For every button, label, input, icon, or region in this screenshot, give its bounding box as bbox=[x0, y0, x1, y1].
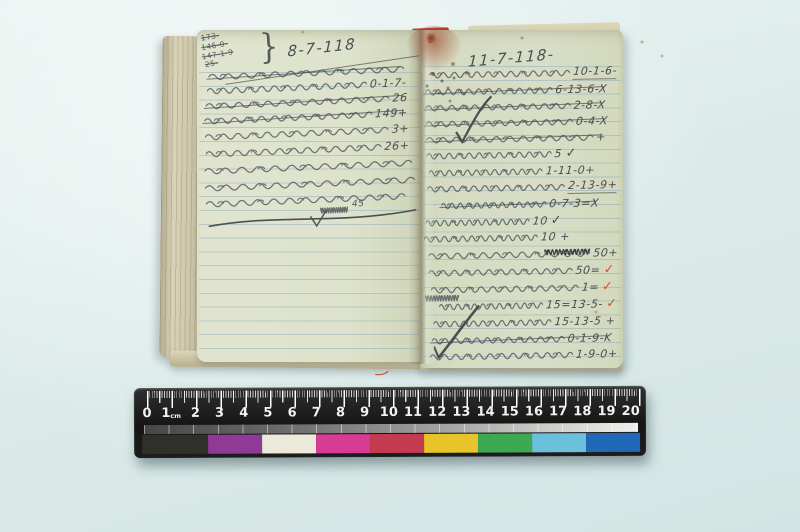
amount-figure: 50+ bbox=[593, 246, 619, 259]
ruler-number: 10 bbox=[379, 406, 399, 422]
amount-figure: 10-1-6- bbox=[572, 64, 617, 80]
handwriting-line: 0-7-3=X bbox=[441, 196, 599, 212]
ruler-number: 3 bbox=[209, 407, 229, 423]
amount-figure: 0-1-9-K bbox=[567, 331, 612, 345]
amount-figure: 15-13-5 + bbox=[554, 314, 616, 328]
scribble-overwrite bbox=[544, 246, 590, 259]
ruler-number: 13 bbox=[451, 406, 471, 422]
calibration-patch bbox=[316, 434, 370, 453]
amount-figure: 1= bbox=[581, 280, 600, 293]
handwriting-line: 2-13-9+ bbox=[427, 179, 617, 195]
red-checkmark: ✓ bbox=[603, 262, 614, 277]
ruler-number: 9 bbox=[355, 406, 375, 422]
amount-figure: 2-8-X bbox=[573, 98, 606, 112]
amount-figure: 50= bbox=[575, 263, 601, 276]
amount-figure: 3+ bbox=[391, 122, 409, 136]
handwriting-line: 10 ✓ bbox=[426, 214, 562, 229]
ruler-number: 6 bbox=[282, 406, 302, 422]
calibration-patch bbox=[478, 433, 532, 452]
handwriting-line: 50= ✓ bbox=[428, 263, 614, 279]
amount-figure: 0-1-7- bbox=[370, 76, 407, 91]
ruler-number-row: 0 1cm 2 3 4 5 6 7 8 9 10 11 12 13 14 15 … bbox=[137, 405, 641, 423]
calibration-patch bbox=[208, 435, 262, 454]
handwriting-line: 5 ✓ bbox=[426, 147, 576, 163]
ruler-number: 18 bbox=[572, 405, 592, 421]
ruler-number: 2 bbox=[185, 407, 205, 423]
left-page-handwriting: 173- 146-0- 147-1-9 25- } 8-7-118 0-1-7-… bbox=[195, 22, 433, 363]
calibration-patch bbox=[424, 434, 478, 453]
amount-figure: 0-4-X bbox=[575, 114, 608, 128]
handwriting-line: 10-1-6- bbox=[429, 65, 617, 81]
ruler-number: 11 bbox=[403, 406, 423, 422]
notebook-right-page: 11-7-118- 10-1-6- 6-13-6-X 2-8-X 0-4-X + bbox=[421, 30, 623, 368]
ruler-number: 4 bbox=[234, 407, 254, 423]
color-calibration-bar bbox=[142, 433, 640, 454]
red-checkmark: ✓ bbox=[602, 279, 613, 294]
amount-figure: 1-9-0+ bbox=[576, 347, 619, 361]
ruler: 0 1cm 2 3 4 5 6 7 8 9 10 11 12 13 14 15 … bbox=[134, 386, 646, 458]
calibration-patch bbox=[532, 433, 586, 452]
handwriting-line: 1-11-0+ bbox=[429, 164, 595, 180]
amount-figure: 10 bbox=[532, 214, 548, 227]
amount-figure: 26 bbox=[392, 91, 408, 105]
handwritten-brace: } bbox=[258, 27, 279, 68]
amount-figure: + bbox=[596, 130, 607, 143]
ruler-number: 14 bbox=[476, 406, 496, 422]
ruler-number: 15 bbox=[500, 405, 520, 421]
right-page-handwriting: 11-7-118- 10-1-6- 6-13-6-X 2-8-X 0-4-X + bbox=[420, 27, 628, 368]
amount-figure: 1-11-0+ bbox=[545, 163, 595, 177]
ruler-number: 8 bbox=[330, 406, 350, 422]
amount-figure: 6-13-6-X bbox=[555, 82, 608, 96]
calibration-patch bbox=[262, 434, 316, 453]
underline-flourish bbox=[206, 206, 421, 235]
calibration-patch bbox=[586, 433, 640, 452]
calibration-patch bbox=[142, 435, 208, 454]
amount-figure: 149+ bbox=[375, 106, 408, 120]
notebook-left-page: 173- 146-0- 147-1-9 25- } 8-7-118 0-1-7-… bbox=[197, 30, 421, 362]
ruler-number: 20 bbox=[621, 405, 641, 421]
corner-figure: 25- bbox=[204, 58, 219, 69]
photograph-of-notebook-with-ruler: 173- 146-0- 147-1-9 25- } 8-7-118 0-1-7-… bbox=[0, 0, 800, 532]
red-checkmark: ✓ bbox=[606, 296, 617, 311]
ruler-number: 12 bbox=[427, 406, 447, 422]
ruler-number: 0 bbox=[137, 407, 157, 423]
ruler-tick-marks bbox=[147, 389, 641, 398]
checkmark: ✓ bbox=[565, 146, 576, 161]
handwriting-line: 10 + bbox=[424, 230, 570, 246]
ruler-unit-label: cm bbox=[170, 412, 181, 420]
center-fold-shading bbox=[408, 30, 436, 364]
calibration-patch bbox=[370, 434, 424, 453]
checkmark: ✓ bbox=[551, 213, 562, 228]
large-slash-mark bbox=[433, 301, 484, 362]
ruler-number: 17 bbox=[548, 405, 568, 421]
amount-figure: 10 + bbox=[540, 230, 570, 244]
left-page-date: 8-7-118 bbox=[287, 35, 356, 61]
ruler-number: 7 bbox=[306, 406, 326, 422]
ruler-number: 5 bbox=[258, 406, 278, 422]
amount-figure: 26+ bbox=[384, 139, 410, 153]
ruler-number: 1cm bbox=[161, 407, 181, 423]
red-speckles bbox=[0, 19, 2, 21]
amount-figure: 5 bbox=[554, 147, 563, 160]
ruler-number: 19 bbox=[596, 405, 616, 421]
amount-figure: 15=13-5- bbox=[546, 297, 604, 311]
stain-core bbox=[426, 32, 436, 44]
large-tick-mark bbox=[453, 93, 496, 146]
amount-figure: 0-7-3=X bbox=[549, 196, 600, 210]
amount-figure: 2-13-9+ bbox=[567, 178, 618, 194]
ruler-number: 16 bbox=[524, 405, 544, 421]
